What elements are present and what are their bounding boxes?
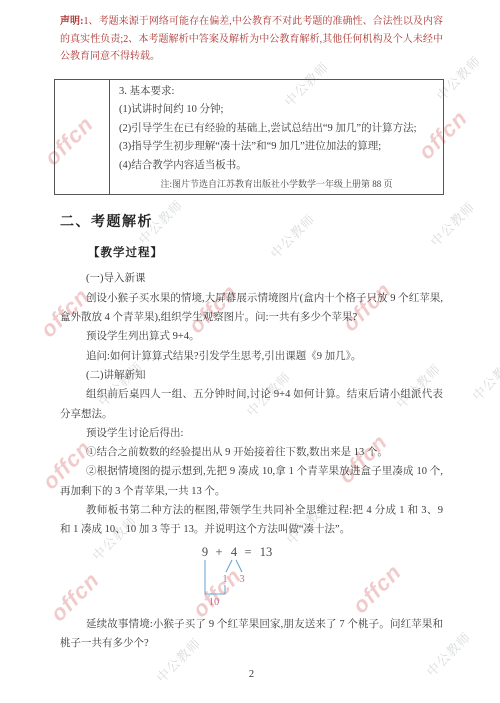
paragraph-intro: 创设小猴子买水果的情境,大屏幕展示情境图片(盒内十个格子只放 9 个红苹果,盒外… — [60, 289, 443, 328]
declaration-notice: 声明:1、考题来源于网络可能存在偏差,中公教育不对此考题的准确性、合法性以及内容… — [60, 13, 443, 66]
diagram-number-ten: 10 — [208, 597, 219, 608]
diagram-plus-sign: + — [215, 545, 222, 559]
table-row: 3. 基本要求: (1)试讲时间约 10 分钟; (2)引导学生在已有经验的基础… — [55, 79, 444, 195]
make-ten-decomposition-diagram: 9 + 4 = 13 1 3 10 — [182, 543, 322, 609]
page-content: 声明:1、考题来源于网络可能存在偏差,中公教育不对此考题的准确性、合法性以及内容… — [0, 0, 500, 680]
table-cell-empty — [55, 79, 110, 195]
diagram-number-three: 3 — [239, 574, 244, 585]
paragraph-preset: 预设学生列出算式 9+4。 — [60, 327, 443, 346]
page-number: 2 — [60, 669, 443, 680]
diagram-number-nine: 9 — [201, 545, 207, 559]
story-continuation-block: 延续故事情境:小猴子买了 9 个红苹果回家,朋友送来了 7 个桃子。问红苹果和桃… — [60, 615, 443, 654]
requirements-table: 3. 基本要求: (1)试讲时间约 10 分钟; (2)引导学生在已有经验的基础… — [54, 79, 444, 196]
diagram-split-line-left — [226, 560, 232, 572]
paragraph-group-work: 组织前后桌四人一组、五分钟时间,讨论 9+4 如何计算。结束后请小组派代表分享想… — [60, 385, 443, 424]
requirement-item: (1)试讲时间约 10 分钟; — [119, 101, 434, 120]
diagram-number-thirteen: 13 — [259, 545, 272, 559]
paragraph-intro-heading: (一)导入新课 — [60, 269, 443, 288]
paragraph-discussion-lead: 预设学生讨论后得出: — [60, 424, 443, 443]
diagram-number-four: 4 — [230, 545, 237, 559]
paragraph-teach-heading: (二)讲解新知 — [60, 366, 443, 385]
paragraph-followup: 追问:如何计算算式结果?引发学生思考,引出课题《9 加几》。 — [60, 347, 443, 366]
declaration-text: 1、考题来源于网络可能存在偏差,中公教育不对此考题的准确性、合法性以及内容的真实… — [60, 16, 443, 62]
paragraph-board-writing: 教师板书第二种方法的框图,带领学生共同补全思维过程:把 4 分成 1 和 3、9… — [60, 501, 443, 540]
paragraph-method2: ②根据情境图的提示想到,先把 9 凑成 10,拿 1 个青苹果放进盒子里凑成 1… — [60, 462, 443, 501]
paragraph-method1: ①结合之前数数的经验提出从 9 开始接着往下数,数出来是 13 个。 — [60, 443, 443, 462]
subsection-title: 【教学过程】 — [88, 244, 443, 260]
table-source-note: 注:图片节选自江苏教育出版社小学数学一年级上册第 88 页 — [119, 175, 434, 192]
diagram-equals-sign: = — [244, 545, 251, 559]
requirements-title: 3. 基本要求: — [119, 83, 434, 102]
requirement-item: (3)指导学生初步理解“凑十法”和“9 加几”进位加法的算理; — [119, 138, 434, 157]
paragraph-story-continue: 延续故事情境:小猴子买了 9 个红苹果回家,朋友送来了 7 个桃子。问红苹果和桃… — [60, 615, 443, 654]
section-title: 二、考题解析 — [60, 211, 443, 231]
requirement-item: (2)引导学生在已有经验的基础上,尝试总结出“9 加几”的计算方法; — [119, 120, 434, 139]
document-page: 中公教师 中公教师 offcn offcn 中公教师 中公教师 中公教师 off… — [0, 0, 500, 703]
requirement-item: (4)结合教学内容适当板书。 — [119, 157, 434, 176]
diagram-number-one: 1 — [222, 574, 227, 585]
teaching-process-body: (一)导入新课 创设小猴子买水果的情境,大屏幕展示情境图片(盒内十个格子只放 9… — [60, 269, 443, 539]
table-cell-requirements: 3. 基本要求: (1)试讲时间约 10 分钟; (2)引导学生在已有经验的基础… — [110, 79, 444, 195]
diagram-split-line-right — [236, 560, 242, 572]
declaration-label: 声明: — [60, 16, 83, 27]
